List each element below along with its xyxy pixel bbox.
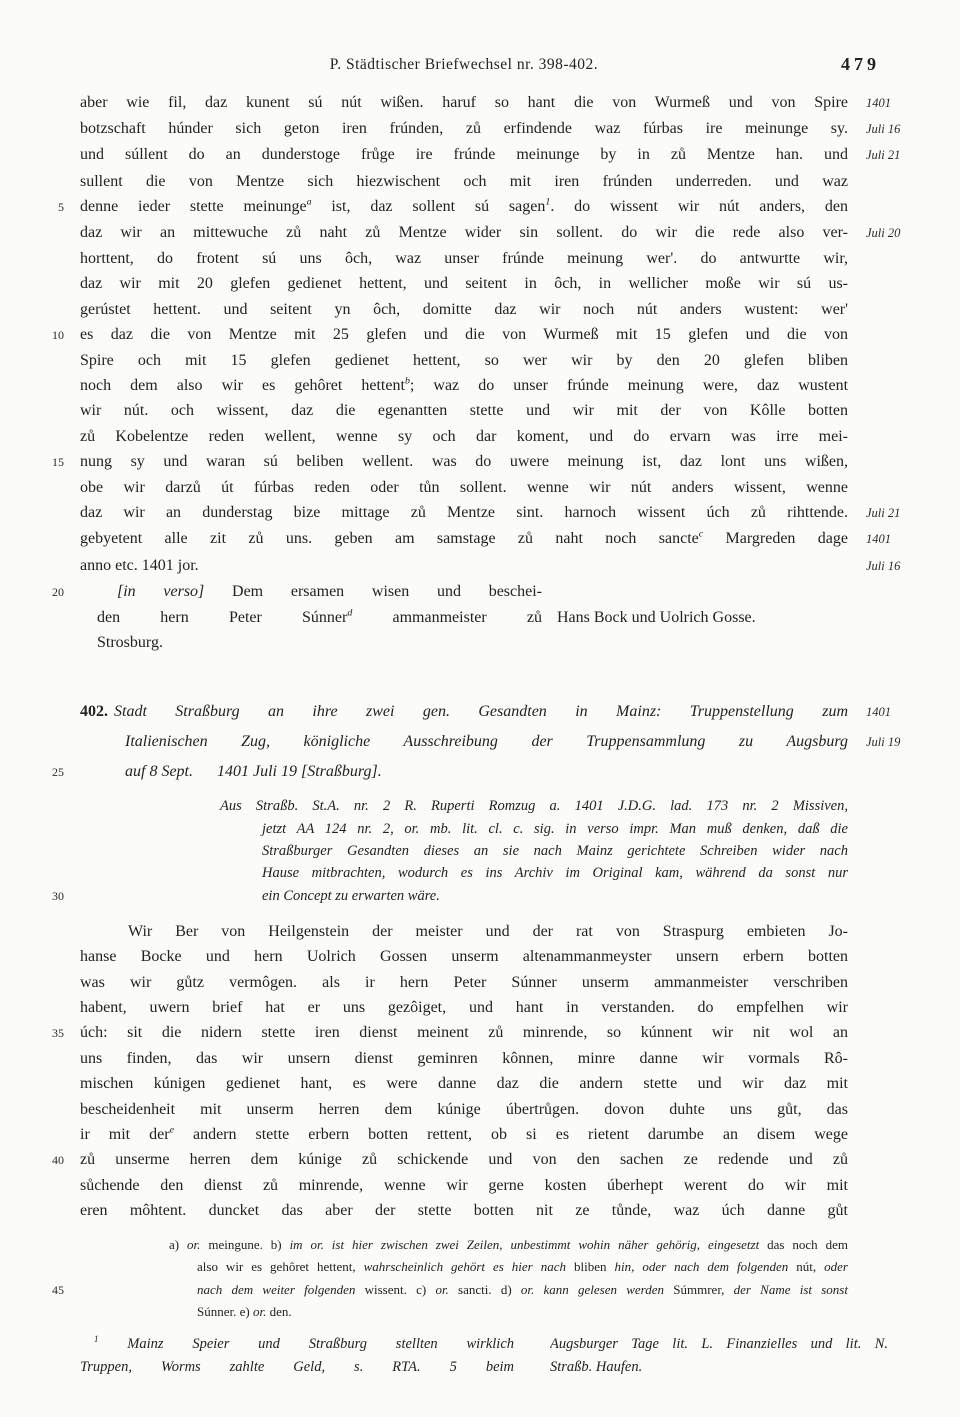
text-line: Italienischen Zug, königliche Ausschreib…	[0, 727, 960, 757]
line-text: daz wir an dunderstag bize mittage zů Me…	[72, 500, 856, 525]
superscript-note-mark: b	[405, 376, 410, 387]
line-main-text: bescheidenheit mit unserm herren dem kún…	[80, 1101, 848, 1118]
text-line: Hause mitbrachten, wodurch es ins Archiv…	[0, 862, 960, 884]
text-line: bescheidenheit mit unserm herren dem kún…	[0, 1097, 960, 1122]
text-line: eren môhtent. duncket das aber der stett…	[0, 1198, 960, 1223]
line-text: obe wir darzů út fúrbas reden oder tůn s…	[72, 475, 856, 500]
margin-date: Juli 16	[856, 117, 960, 142]
line-text: zů unserme herren dem kúnige zů schicken…	[72, 1147, 856, 1172]
line-main-text: Aus Straßb. St.A. nr. 2 R. Ruperti Romzu…	[220, 798, 848, 814]
text-line: anno etc. 1401 jor.Juli 16	[0, 553, 960, 579]
line-text: was wir gůtz vermôgen. als ir hern Peter…	[72, 970, 856, 995]
line-main-text: gebyetent alle zit zů uns. geben am sams…	[80, 530, 848, 547]
line-text: zů Kobelentze reden wellent, wenne sy oc…	[72, 424, 856, 449]
line-text: den hern Peter Súnnerd ammanmeister zůHa…	[72, 605, 856, 630]
line-main-text: und súllent do an dunderstoge frůge ire …	[80, 146, 848, 163]
text-line: Súnner. e) or. den.	[0, 1301, 960, 1324]
line-main-text: zů unserme herren dem kúnige zů schicken…	[80, 1151, 848, 1168]
line-main-text: noch dem also wir es gehôret hettentb; w…	[80, 377, 848, 394]
text-line: den hern Peter Súnnerd ammanmeister zůHa…	[0, 605, 960, 630]
line-main-text: Súnner. e) or. den.	[197, 1304, 292, 1319]
line-main-text: mischen kúnigen gedienet hant, es were d…	[80, 1075, 848, 1092]
text-line: noch dem also wir es gehôret hettentb; w…	[0, 373, 960, 398]
text-line: jetzt AA 124 nr. 2, or. mb. lit. cl. c. …	[0, 818, 960, 840]
line-text: jetzt AA 124 nr. 2, or. mb. lit. cl. c. …	[72, 818, 856, 840]
entry-402-letter: Wir Ber von Heilgenstein der meister und…	[0, 919, 960, 1223]
line-text: also wir es gehôret hettent, wahrscheinl…	[72, 1256, 856, 1279]
line-main-text: daz wir an dunderstag bize mittage zů Me…	[80, 504, 848, 521]
page-number: 479	[841, 54, 880, 75]
margin-date: 1401	[856, 527, 960, 552]
line-text: Italienischen Zug, königliche Ausschreib…	[72, 727, 856, 756]
footnote-line: 1 Mainz Speier und Straßburg stellten wi…	[80, 1333, 514, 1356]
text-line: was wir gůtz vermôgen. als ir hern Peter…	[0, 970, 960, 995]
line-main-text: uns finden, das wir unsern dienst geminr…	[80, 1050, 848, 1067]
line-text: und súllent do an dunderstoge frůge ire …	[72, 142, 856, 167]
text-line: horttent, do frotent sú uns ôch, waz uns…	[0, 246, 960, 271]
margin-date: 1401	[856, 698, 960, 727]
italic-text: im or. ist hier zwischen zwei Zeilen, un…	[290, 1237, 760, 1252]
line-number: 40	[52, 1148, 72, 1173]
footnote-line: Truppen, Worms zahlte Geld, s. RTA. 5 be…	[80, 1356, 514, 1379]
line-number: 15	[52, 450, 72, 475]
margin-date: Juli 20	[856, 221, 960, 246]
line-main-text: nach dem weiter folgenden wissent. c) or…	[197, 1282, 848, 1297]
text-line: 10es daz die von Mentze mit 25 glefen un…	[0, 322, 960, 348]
line-main-text: Wir Ber von Heilgenstein der meister und…	[128, 923, 848, 940]
sender-names: Hans Bock und Uolrich Gosse.	[557, 605, 756, 630]
line-text: wir nút. och wissent, daz die egenantten…	[72, 398, 856, 423]
italic-text: or.	[187, 1237, 200, 1252]
line-text: daz wir an mittewuche zů naht zů Mentze …	[72, 220, 856, 245]
line-text: habent, uwern brief hat er uns gezôiget,…	[72, 995, 856, 1020]
line-main-text: eren môhtent. duncket das aber der stett…	[80, 1202, 848, 1219]
footnote-1-left-column: 1 Mainz Speier und Straßburg stellten wi…	[80, 1333, 514, 1379]
text-line: a) or. meingune. b) im or. ist hier zwis…	[0, 1234, 960, 1257]
text-line: zů Kobelentze reden wellent, wenne sy oc…	[0, 424, 960, 449]
text-line: Straßburger Gesandten dieses an sie nach…	[0, 840, 960, 862]
line-text: ein Concept zu erwarten wäre.	[72, 885, 856, 907]
line-text: [in verso] Dem ersamen wisen und beschei…	[72, 579, 856, 604]
line-number: 20	[52, 580, 72, 605]
italic-text: nach dem weiter folgenden	[197, 1282, 355, 1297]
line-text: Strosburg.	[72, 630, 856, 655]
line-text: a) or. meingune. b) im or. ist hier zwis…	[72, 1234, 856, 1257]
line-main-text: zů Kobelentze reden wellent, wenne sy oc…	[80, 428, 848, 445]
line-main-text: auf 8 Sept. 1401 Juli 19 [Straßburg].	[125, 763, 382, 780]
text-line: Spire och mit 15 glefen gedienet hettent…	[0, 348, 960, 373]
line-main-text: Strosburg.	[97, 630, 542, 655]
line-text: auf 8 Sept. 1401 Juli 19 [Straßburg].	[72, 757, 856, 786]
entry-401-text: aber wie fil, daz kunent sú nút wißen. h…	[0, 90, 960, 579]
text-line: habent, uwern brief hat er uns gezôiget,…	[0, 995, 960, 1020]
line-text: úch: sit die nidern stette iren dienst m…	[72, 1020, 856, 1045]
line-text: horttent, do frotent sú uns ôch, waz uns…	[72, 246, 856, 271]
critical-apparatus: a) or. meingune. b) im or. ist hier zwis…	[0, 1234, 960, 1324]
superscript-note-mark: 1	[545, 196, 550, 207]
line-text: sullent die von Mentze sich hiezwischent…	[72, 169, 856, 194]
italic-text: [in verso]	[117, 583, 204, 600]
footnote-line: Straßb. Haufen.	[550, 1356, 888, 1379]
footnote-1-right-column: Augsburger Tage lit. L. Finanzielles und…	[550, 1333, 888, 1379]
text-line: Strosburg.	[0, 630, 960, 655]
entry-401-address: 20[in verso] Dem ersamen wisen und besch…	[0, 579, 960, 656]
italic-text: hin, oder nach dem folgenden	[614, 1259, 788, 1274]
text-line: 45nach dem weiter folgenden wissent. c) …	[0, 1279, 960, 1302]
running-head: P. Städtischer Briefwechsel nr. 398-402.…	[0, 56, 960, 78]
text-line: 20[in verso] Dem ersamen wisen und besch…	[0, 579, 960, 605]
text-line: gebyetent alle zit zů uns. geben am sams…	[0, 526, 960, 552]
page-container: P. Städtischer Briefwechsel nr. 398-402.…	[0, 56, 960, 1379]
line-text: anno etc. 1401 jor.	[72, 553, 856, 578]
text-line: Aus Straßb. St.A. nr. 2 R. Ruperti Romzu…	[0, 795, 960, 817]
line-text: Hause mitbrachten, wodurch es ins Archiv…	[72, 862, 856, 884]
line-text: Spire och mit 15 glefen gedienet hettent…	[72, 348, 856, 373]
line-text: eren môhtent. duncket das aber der stett…	[72, 1198, 856, 1223]
superscript-note-mark: e	[170, 1124, 174, 1135]
text-line: sullent die von Mentze sich hiezwischent…	[0, 169, 960, 194]
line-main-text: wir nút. och wissent, daz die egenantten…	[80, 402, 848, 419]
text-line: daz wir an mittewuche zů naht zů Mentze …	[0, 220, 960, 246]
italic-text: or.	[435, 1282, 448, 1297]
text-line: ir mit dere andern stette erbern botten …	[0, 1122, 960, 1147]
line-main-text: daz wir mit 20 glefen gedienet hettent, …	[80, 275, 848, 292]
text-line: sůchende den dienst zů minrende, wenne w…	[0, 1173, 960, 1198]
line-text: uns finden, das wir unsern dienst geminr…	[72, 1046, 856, 1071]
line-main-text: hanse Bocke und hern Uolrich Gossen unse…	[80, 948, 848, 965]
line-number: 25	[52, 758, 72, 787]
line-main-text: es daz die von Mentze mit 25 glefen und …	[80, 326, 848, 343]
line-number: 45	[52, 1279, 72, 1302]
line-main-text: jetzt AA 124 nr. 2, or. mb. lit. cl. c. …	[262, 821, 848, 837]
text-line: und súllent do an dunderstoge frůge ire …	[0, 142, 960, 168]
line-text: noch dem also wir es gehôret hettentb; w…	[72, 373, 856, 398]
line-text: mischen kúnigen gedienet hant, es were d…	[72, 1071, 856, 1096]
text-line: 40zů unserme herren dem kúnige zů schick…	[0, 1147, 960, 1173]
line-text: sůchende den dienst zů minrende, wenne w…	[72, 1173, 856, 1198]
text-line: 402.Stadt Straßburg an ihre zwei gen. Ge…	[0, 697, 960, 727]
footnote-1: 1 Mainz Speier und Straßburg stellten wi…	[0, 1333, 960, 1379]
text-line: daz wir mit 20 glefen gedienet hettent, …	[0, 271, 960, 296]
line-text: nach dem weiter folgenden wissent. c) or…	[72, 1279, 856, 1302]
superscript-note-mark: c	[699, 529, 703, 540]
line-main-text: Stadt Straßburg an ihre zwei gen. Gesand…	[114, 703, 848, 720]
italic-text: wahrscheinlich gehört es hier nach	[364, 1259, 566, 1274]
superscript-note-mark: a	[307, 196, 312, 207]
text-line: gerústet hettent. und seitent yn ôch, do…	[0, 297, 960, 322]
text-line: 30ein Concept zu erwarten wäre.	[0, 885, 960, 907]
text-line: 5denne ieder stette meinungea ist, daz s…	[0, 194, 960, 220]
text-line: daz wir an dunderstag bize mittage zů Me…	[0, 500, 960, 526]
scanned-book-page: { "page": { "paper_color": "#fbfbf9", "i…	[0, 0, 960, 1417]
italic-text: der Name ist sonst	[734, 1282, 848, 1297]
text-line: 35úch: sit die nidern stette iren dienst…	[0, 1020, 960, 1046]
margin-date: Juli 16	[856, 554, 960, 579]
line-main-text: botzschaft húnder sich geton iren frúnde…	[80, 120, 848, 137]
text-line: also wir es gehôret hettent, wahrscheinl…	[0, 1256, 960, 1279]
italic-text: or. kann gelesen werden	[521, 1282, 664, 1297]
line-text: Súnner. e) or. den.	[72, 1301, 856, 1324]
line-text: 402.Stadt Straßburg an ihre zwei gen. Ge…	[72, 697, 856, 726]
line-text: hanse Bocke und hern Uolrich Gossen unse…	[72, 944, 856, 969]
line-main-text: daz wir an mittewuche zů naht zů Mentze …	[80, 224, 848, 241]
line-text: denne ieder stette meinungea ist, daz so…	[72, 194, 856, 219]
entry-number: 402.	[80, 703, 114, 720]
line-main-text: Straßburger Gesandten dieses an sie nach…	[262, 843, 848, 859]
line-main-text: anno etc. 1401 jor.	[80, 557, 199, 574]
line-main-text: horttent, do frotent sú uns ôch, waz uns…	[80, 250, 848, 267]
line-number: 35	[52, 1021, 72, 1046]
line-main-text: nung sy und waran sú beliben wellent. wa…	[80, 453, 848, 470]
line-text: es daz die von Mentze mit 25 glefen und …	[72, 322, 856, 347]
margin-date: 1401	[856, 91, 960, 116]
line-main-text: gerústet hettent. und seitent yn ôch, do…	[80, 301, 848, 318]
text-line: wir nút. och wissent, daz die egenantten…	[0, 398, 960, 423]
text-line: uns finden, das wir unsern dienst geminr…	[0, 1046, 960, 1071]
line-main-text: Hause mitbrachten, wodurch es ins Archiv…	[262, 865, 848, 881]
entry-402-source-note: Aus Straßb. St.A. nr. 2 R. Ruperti Romzu…	[0, 795, 960, 907]
line-main-text: aber wie fil, daz kunent sú nút wißen. h…	[80, 94, 848, 111]
line-number: 10	[52, 323, 72, 348]
italic-text: or.	[253, 1304, 266, 1319]
line-text: ir mit dere andern stette erbern botten …	[72, 1122, 856, 1147]
line-main-text: den hern Peter Súnnerd ammanmeister zů	[97, 605, 542, 630]
line-text: Wir Ber von Heilgenstein der meister und…	[72, 919, 856, 944]
margin-date: Juli 21	[856, 501, 960, 526]
text-line: 25auf 8 Sept. 1401 Juli 19 [Straßburg].	[0, 757, 960, 787]
line-main-text: úch: sit die nidern stette iren dienst m…	[80, 1024, 848, 1041]
text-line: aber wie fil, daz kunent sú nút wißen. h…	[0, 90, 960, 116]
entry-402-heading: 402.Stadt Straßburg an ihre zwei gen. Ge…	[0, 697, 960, 787]
line-main-text: a) or. meingune. b) im or. ist hier zwis…	[169, 1237, 848, 1252]
text-line: mischen kúnigen gedienet hant, es were d…	[0, 1071, 960, 1096]
line-text: gerústet hettent. und seitent yn ôch, do…	[72, 297, 856, 322]
superscript-note-mark: 1	[94, 1334, 99, 1344]
line-main-text: obe wir darzů út fúrbas reden oder tůn s…	[80, 479, 848, 496]
line-main-text: sullent die von Mentze sich hiezwischent…	[80, 173, 848, 190]
line-main-text: denne ieder stette meinungea ist, daz so…	[80, 198, 848, 215]
line-text: Aus Straßb. St.A. nr. 2 R. Ruperti Romzu…	[72, 795, 856, 817]
line-text: Straßburger Gesandten dieses an sie nach…	[72, 840, 856, 862]
line-main-text: [in verso] Dem ersamen wisen und beschei…	[97, 579, 542, 604]
line-text: daz wir mit 20 glefen gedienet hettent, …	[72, 271, 856, 296]
line-text: nung sy und waran sú beliben wellent. wa…	[72, 449, 856, 474]
text-line: botzschaft húnder sich geton iren frúnde…	[0, 116, 960, 142]
line-main-text: was wir gůtz vermôgen. als ir hern Peter…	[80, 974, 848, 991]
text-line: 15nung sy und waran sú beliben wellent. …	[0, 449, 960, 475]
line-main-text: sůchende den dienst zů minrende, wenne w…	[80, 1177, 848, 1194]
line-main-text: habent, uwern brief hat er uns gezôiget,…	[80, 999, 848, 1016]
line-text: botzschaft húnder sich geton iren frúnde…	[72, 116, 856, 141]
text-line: hanse Bocke und hern Uolrich Gossen unse…	[0, 944, 960, 969]
line-text: bescheidenheit mit unserm herren dem kún…	[72, 1097, 856, 1122]
line-main-text: ein Concept zu erwarten wäre.	[262, 888, 440, 904]
line-number: 5	[58, 195, 72, 220]
superscript-note-mark: d	[347, 608, 352, 619]
margin-date: Juli 19	[856, 728, 960, 757]
line-main-text: ir mit dere andern stette erbern botten …	[80, 1126, 848, 1143]
line-text: aber wie fil, daz kunent sú nút wißen. h…	[72, 90, 856, 115]
line-text: gebyetent alle zit zů uns. geben am sams…	[72, 526, 856, 551]
running-title: P. Städtischer Briefwechsel nr. 398-402.	[72, 56, 856, 74]
footnote-line: Augsburger Tage lit. L. Finanzielles und…	[550, 1333, 888, 1356]
italic-text: oder	[824, 1259, 848, 1274]
text-line: obe wir darzů út fúrbas reden oder tůn s…	[0, 475, 960, 500]
line-main-text: also wir es gehôret hettent, wahrscheinl…	[197, 1259, 848, 1274]
text-line: Wir Ber von Heilgenstein der meister und…	[0, 919, 960, 944]
margin-date: Juli 21	[856, 143, 960, 168]
line-number: 30	[52, 885, 72, 907]
line-main-text: Spire och mit 15 glefen gedienet hettent…	[80, 352, 848, 369]
line-main-text: Italienischen Zug, königliche Ausschreib…	[125, 733, 848, 750]
